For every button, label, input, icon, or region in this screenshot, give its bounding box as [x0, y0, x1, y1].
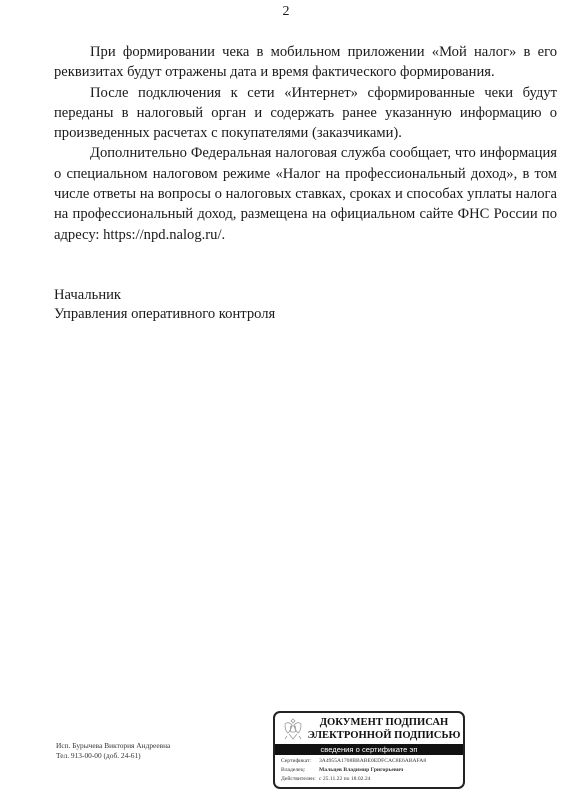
executor-name: Исп. Бурычева Виктория Андреевна	[56, 741, 170, 751]
certificate-serial: 3A4955A1708BBABE0EDFCAC8E6ABAFA8	[319, 757, 426, 766]
executor-phone: Тел. 913-00-00 (доб. 24-61)	[56, 751, 170, 761]
paragraph: После подключения к сети «Интернет» сфор…	[54, 83, 557, 144]
certificate-row: Сертификат: 3A4955A1708BBABE0EDFCAC8E6AB…	[281, 757, 426, 766]
owner-name: Мальцев Владимир Григорьевич	[319, 766, 403, 775]
stamp-title-line: ДОКУМЕНТ ПОДПИСАН	[307, 717, 461, 730]
letter-body: При формировании чека в мобильном прилож…	[54, 42, 557, 245]
electronic-signature-stamp: ДОКУМЕНТ ПОДПИСАН ЭЛЕКТРОННОЙ ПОДПИСЬЮ с…	[273, 711, 465, 789]
certificate-details: Сертификат: 3A4955A1708BBABE0EDFCAC8E6AB…	[281, 757, 426, 784]
signature-block: Начальник Управления оперативного контро…	[54, 286, 275, 323]
owner-row: Владелец: Мальцев Владимир Григорьевич	[281, 766, 426, 775]
stamp-title-line: ЭЛЕКТРОННОЙ ПОДПИСЬЮ	[307, 730, 461, 743]
signatory-department: Управления оперативного контроля	[54, 305, 275, 324]
validity-period: с 25.11.22 по 18.02.24	[319, 775, 370, 784]
coat-of-arms-icon	[280, 716, 306, 742]
validity-row: Действителен: с 25.11.22 по 18.02.24	[281, 775, 426, 784]
page-number: 2	[0, 4, 572, 20]
owner-label: Владелец:	[281, 766, 319, 775]
signatory-position: Начальник	[54, 286, 275, 305]
validity-label: Действителен:	[281, 775, 319, 784]
paragraph: При формировании чека в мобильном прилож…	[54, 42, 557, 83]
executor-info: Исп. Бурычева Виктория Андреевна Тел. 91…	[56, 741, 170, 761]
paragraph: Дополнительно Федеральная налоговая служ…	[54, 143, 557, 244]
stamp-title: ДОКУМЕНТ ПОДПИСАН ЭЛЕКТРОННОЙ ПОДПИСЬЮ	[307, 717, 461, 742]
certificate-info-bar: сведения о сертификате эп	[275, 744, 463, 755]
certificate-label: Сертификат:	[281, 757, 319, 766]
